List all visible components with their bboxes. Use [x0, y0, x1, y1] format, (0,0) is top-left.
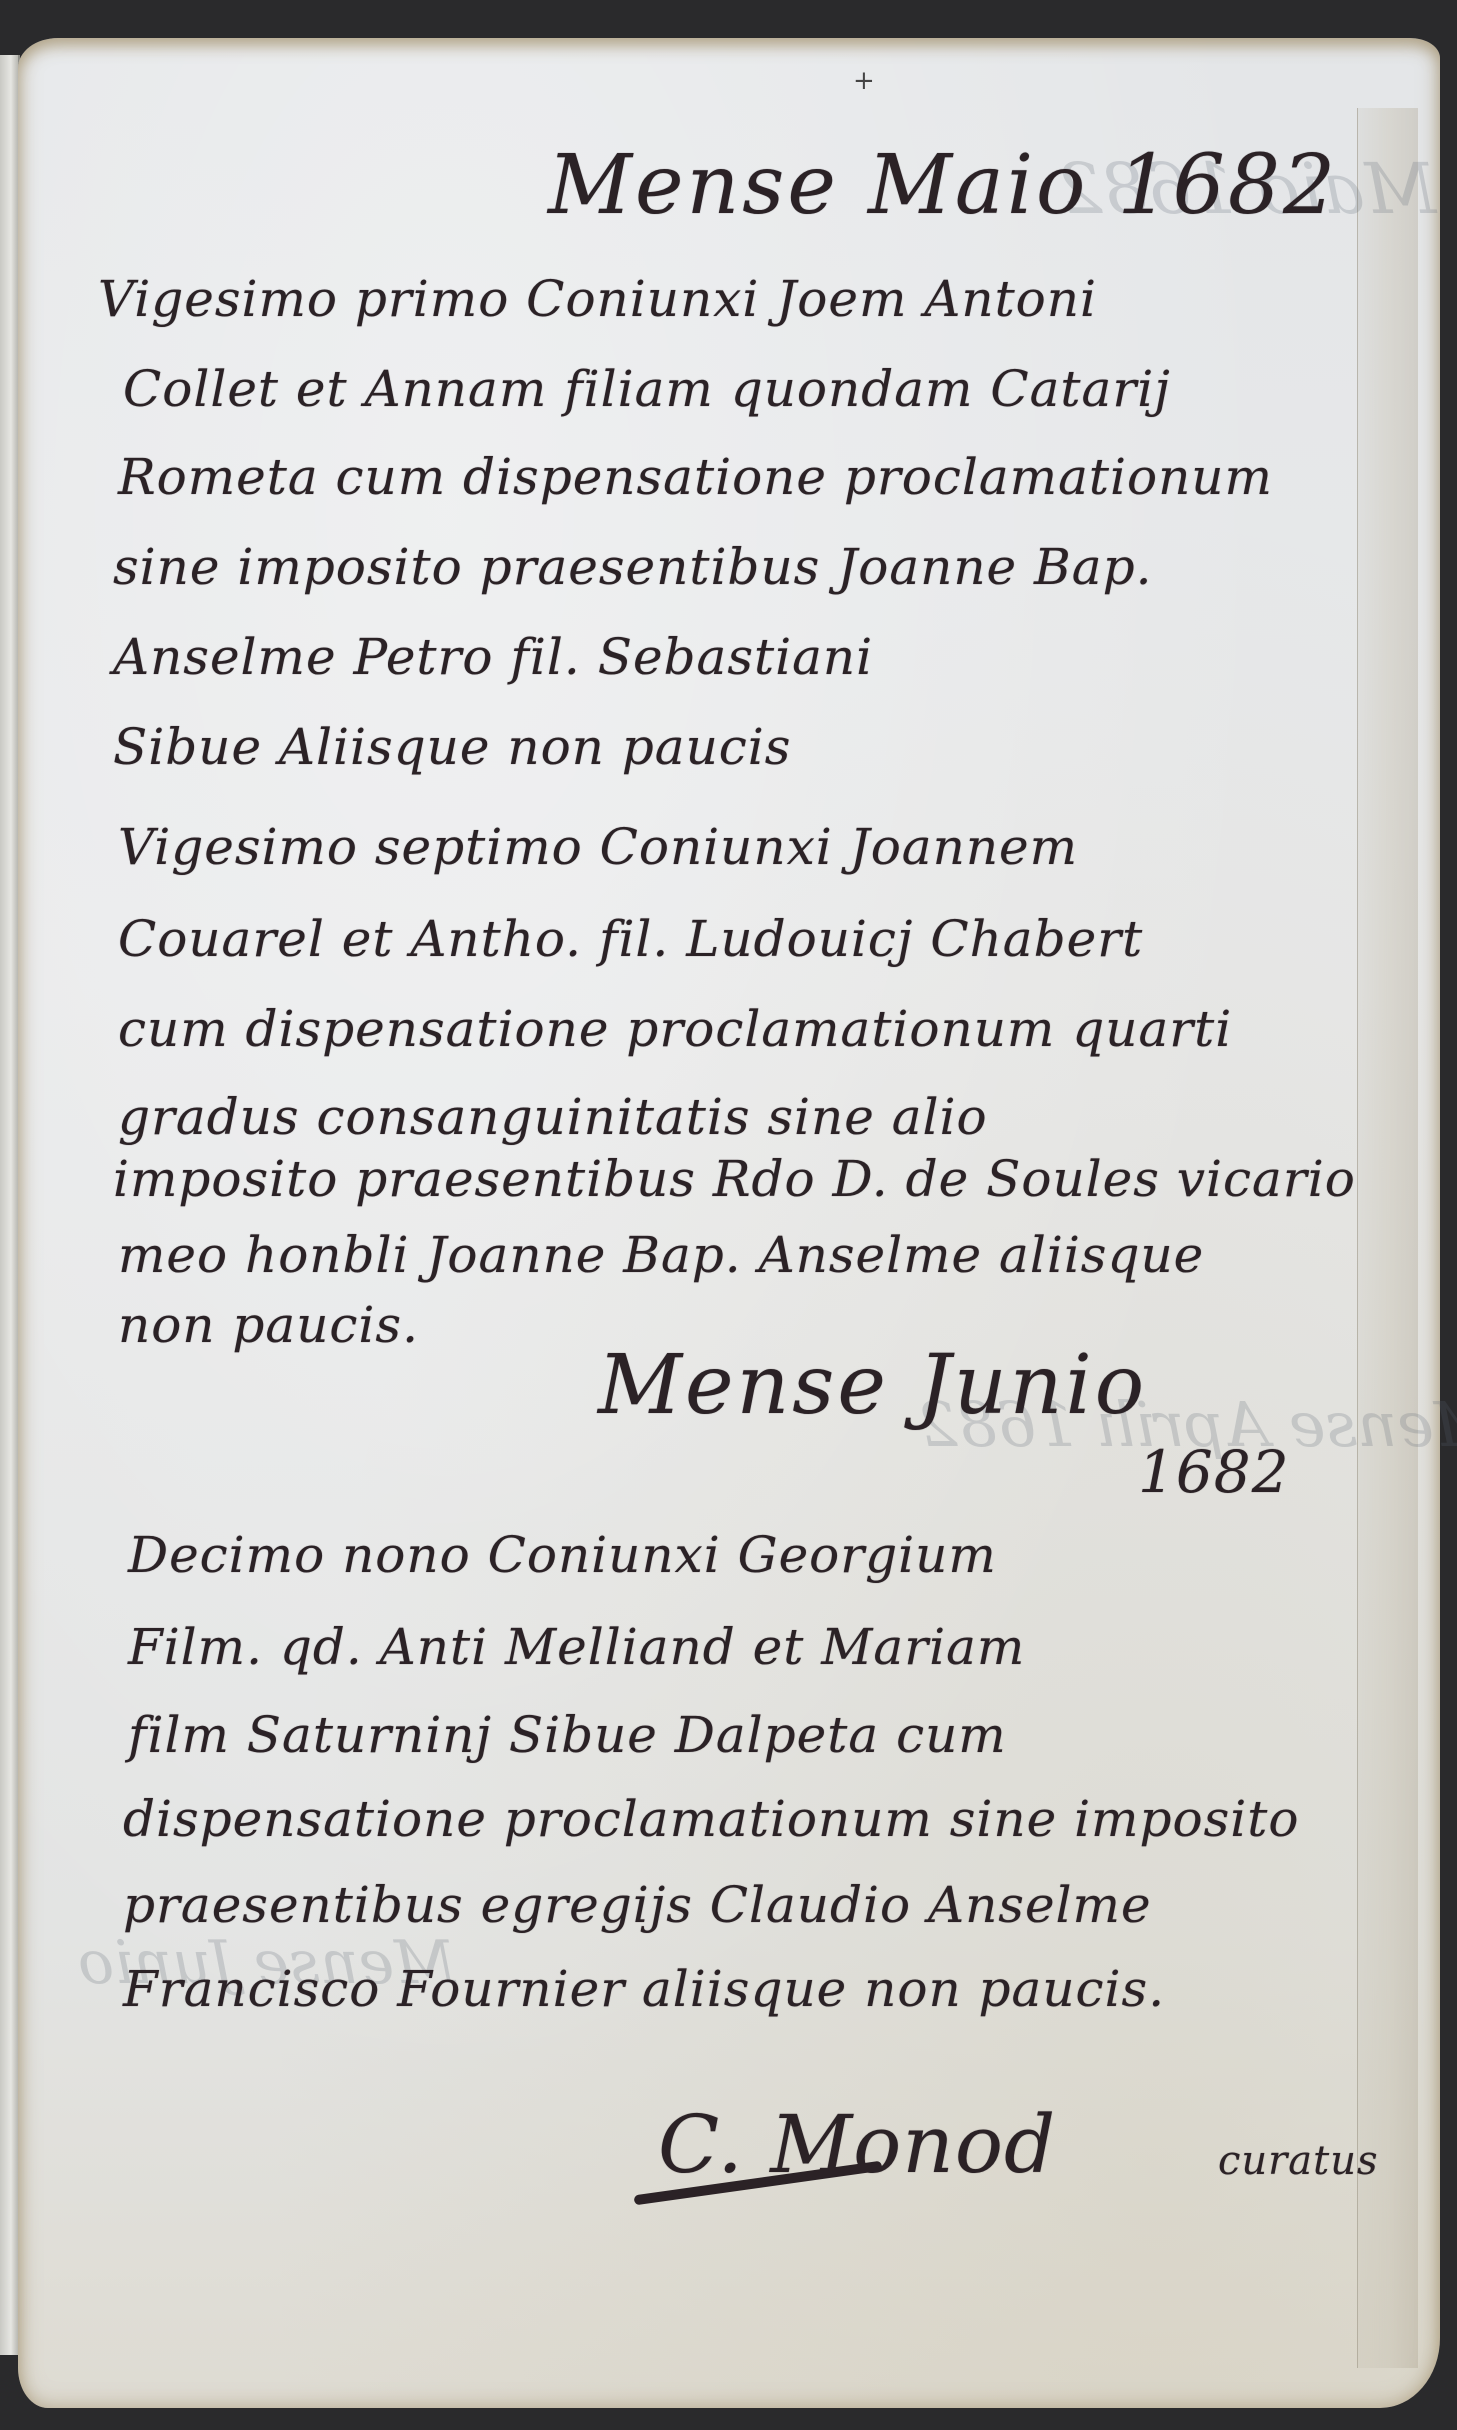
signature-title: curatus	[1218, 2138, 1379, 2184]
entry-line: imposito praesentibus Rdo D. de Soules v…	[113, 1150, 1356, 1208]
entry-line: praesentibus egregijs Claudio Anselme	[123, 1876, 1152, 1934]
section-heading-may: Mense Maio 1682	[548, 138, 1338, 233]
entry-line: Film. qd. Anti Melliand et Mariam	[128, 1618, 1025, 1676]
section-heading-june: Mense Junio	[598, 1338, 1147, 1433]
binding-edge	[0, 55, 20, 2355]
signature-name: C. Monod	[658, 2098, 1056, 2191]
entry-line: non paucis.	[118, 1296, 419, 1354]
entry-line: Anselme Petro fil. Sebastiani	[113, 628, 873, 686]
page-mark: +	[853, 66, 875, 96]
entry-line: Francisco Fournier aliisque non paucis.	[123, 1960, 1165, 2018]
manuscript-page: Mense Maio 1682 Mense Aprili 1682 Mense …	[18, 38, 1440, 2408]
page-fold	[1357, 108, 1418, 2368]
entry-line: sine imposito praesentibus Joanne Bap.	[113, 538, 1153, 596]
entry-line: meo honbli Joanne Bap. Anselme aliisque	[118, 1226, 1204, 1284]
entry-line: cum dispensatione proclamationum quarti	[118, 1000, 1232, 1058]
entry-line: Collet et Annam filiam quondam Catarij	[123, 360, 1171, 418]
entry-line: Rometa cum dispensatione proclamationum	[118, 448, 1273, 506]
entry-line: dispensatione proclamationum sine imposi…	[123, 1790, 1299, 1848]
entry-line: Sibue Aliisque non paucis	[113, 718, 791, 776]
entry-line: Vigesimo septimo Coniunxi Joannem	[118, 818, 1078, 876]
entry-line: gradus consanguinitatis sine alio	[118, 1088, 988, 1146]
entry-line: Vigesimo primo Coniunxi Joem Antoni	[98, 270, 1097, 328]
entry-line: film Saturninj Sibue Dalpeta cum	[128, 1706, 1007, 1764]
section-year: 1682	[1138, 1438, 1290, 1506]
entry-line: Couarel et Antho. fil. Ludouicj Chabert	[118, 910, 1143, 968]
entry-line: Decimo nono Coniunxi Georgium	[128, 1526, 997, 1584]
